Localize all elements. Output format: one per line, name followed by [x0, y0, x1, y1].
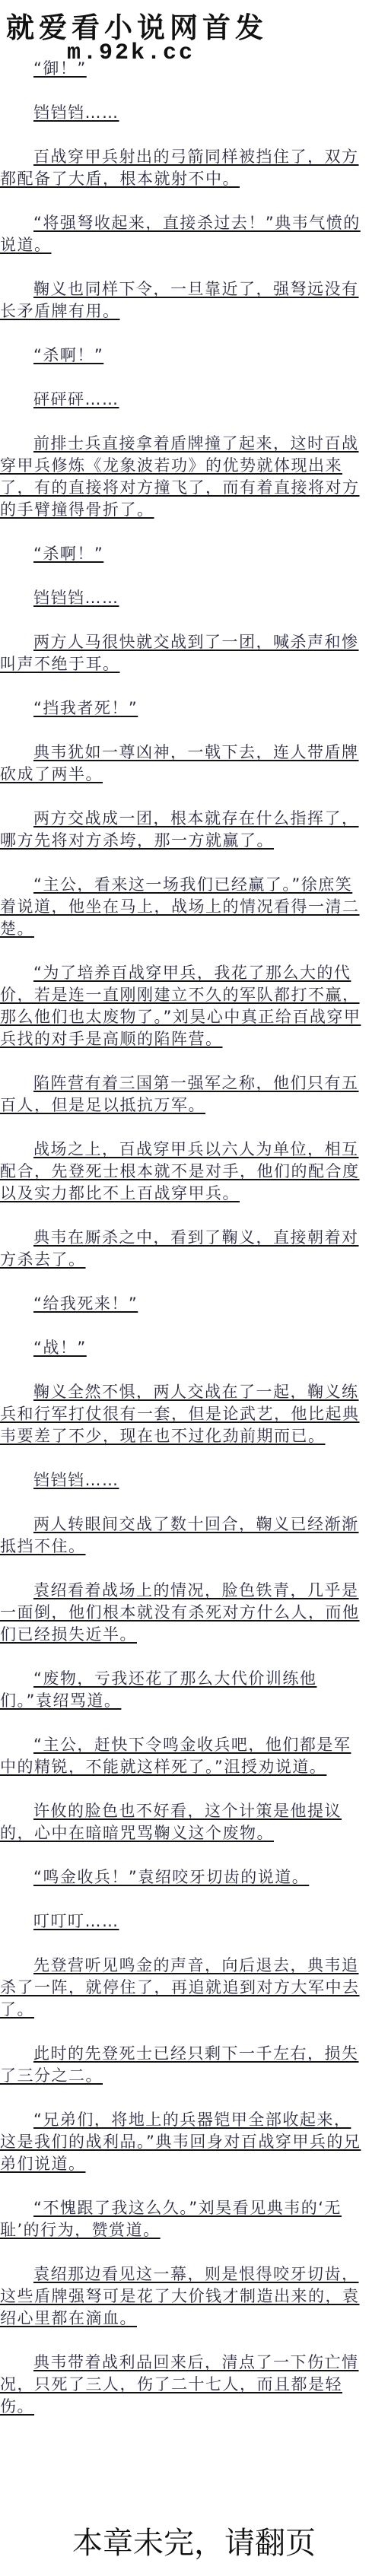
paragraph: 袁绍那边看见这一幕，则是恨得咬牙切齿，这些盾牌强弩可是花了大价钱才制造出来的，袁…	[0, 2263, 365, 2330]
paragraph: “杀啊！”	[0, 543, 365, 565]
paragraph: “废物，亏我还花了那么大代价训练他们。”袁绍骂道。	[0, 1668, 365, 1712]
paragraph: “兄弟们，将地上的兵器铠甲全部收起来，这是我们的战利品。”典韦回身对百战穿甲兵的…	[0, 2109, 365, 2175]
paragraph: 铛铛铛……	[0, 102, 365, 124]
paragraph: “主公，赶快下令鸣金收兵吧，他们都是军中的精锐，不能就这样死了。”沮授劝说道。	[0, 1734, 365, 1778]
paragraph: 百战穿甲兵射出的弓箭同样被挡住了，双方都配备了大盾，根本就射不中。	[0, 146, 365, 190]
paragraph: 叮叮叮……	[0, 1911, 365, 1933]
chapter-body: “御！” 铛铛铛…… 百战穿甲兵射出的弓箭同样被挡住了，双方都配备了大盾，根本就…	[0, 58, 365, 2440]
paragraph: 袁绍看着战场上的情况，脸色铁青，几乎是一面倒，他们根本就没有杀死对方什么人，而他…	[0, 1580, 365, 1646]
paragraph: 前排士兵直接拿着盾牌撞了起来，这时百战穿甲兵修炼《龙象波若功》的优势就体现出来了…	[0, 433, 365, 521]
paragraph: “给我死来！”	[0, 1293, 365, 1315]
paragraph: “主公，看来这一场我们已经赢了。”徐庶笑着说道，他坐在马上，战场上的情况看得一清…	[0, 874, 365, 940]
paragraph: “为了培养百战穿甲兵，我花了那么大的代价，若是连一直刚刚建立不久的军队都打不赢，…	[0, 962, 365, 1050]
paragraph: 铛铛铛……	[0, 1469, 365, 1491]
continue-reading-banner[interactable]: 本章未完，请翻页	[0, 2524, 388, 2563]
paragraph: “不愧跟了我这么久。”刘昊看见典韦的‘无耻’的行为，赞赏道。	[0, 2197, 365, 2241]
paragraph: 此时的先登死士已经只剩下一千左右，损失了三分之二。	[0, 2043, 365, 2087]
paragraph: 鞠义全然不惧，两人交战在了一起，鞠义练兵和行军打仗很有一套，但是论武艺，他比起典…	[0, 1381, 365, 1447]
paragraph: 两方交战成一团，根本就存在什么指挥了，哪方先将对方杀垮，那一方就赢了。	[0, 808, 365, 852]
paragraph: 鞠义也同样下令，一旦靠近了，强弩远没有长矛盾牌有用。	[0, 278, 365, 322]
paragraph: “将强弩收起来，直接杀过去！”典韦气愤的说道。	[0, 212, 365, 256]
paragraph: “杀啊！”	[0, 345, 365, 367]
paragraph: 砰砰砰……	[0, 389, 365, 411]
paragraph: “挡我者死！”	[0, 697, 365, 719]
paragraph: 战场之上，百战穿甲兵以六人为单位，相互配合，先登死士根本就不是对手，他们的配合度…	[0, 1139, 365, 1205]
paragraph: 两方人马很快就交战到了一团，喊杀声和惨叫声不绝于耳。	[0, 631, 365, 675]
paragraph: 先登营听见鸣金的声音，向后退去，典韦追杀了一阵，就停住了，再追就追到对方大军中去…	[0, 1955, 365, 2021]
paragraph: “鸣金收兵！”袁绍咬牙切齿的说道。	[0, 1866, 365, 1888]
paragraph: 陷阵营有着三国第一强军之称，他们只有五百人，但是足以抵抗万军。	[0, 1072, 365, 1116]
paragraph: 两人转眼间交战了数十回合，鞠义已经渐渐抵挡不住。	[0, 1514, 365, 1558]
paragraph: 铛铛铛……	[0, 587, 365, 609]
paragraph: “战！”	[0, 1337, 365, 1359]
paragraph: 许攸的脸色也不好看，这个计策是他提议的，心中在暗暗咒骂鞠义这个废物。	[0, 1800, 365, 1844]
paragraph: 典韦犹如一尊凶神，一戟下去，连人带盾牌砍成了两半。	[0, 742, 365, 786]
paragraph: “御！”	[0, 58, 365, 80]
paragraph: 典韦带着战利品回来后，清点了一下伤亡情况，只死了三人，伤了二十七人，而且都是轻伤…	[0, 2352, 365, 2418]
paragraph: 典韦在厮杀之中，看到了鞠义，直接朝着对方杀去了。	[0, 1227, 365, 1271]
